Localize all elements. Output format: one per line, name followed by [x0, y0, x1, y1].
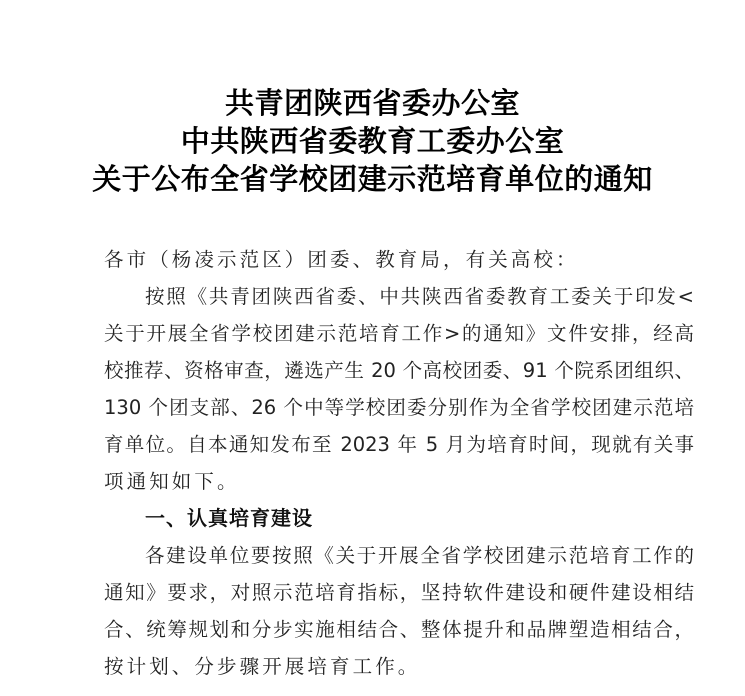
paragraph-line: 通知》要求，对照示范培育指标，坚持软件建设和硬件建设相结: [104, 574, 694, 611]
title-line-issuer-1: 共青团陕西省委办公室: [0, 84, 745, 122]
paragraph-1: 按照《共青团陕西省委、中共陕西省委教育工委关于印发< 关于开展全省学校团建示范培…: [104, 278, 694, 500]
paragraph-line: 按计划、分步骤开展培育工作。: [104, 648, 694, 685]
paragraph-line: 合、统筹规划和分步实施相结合、整体提升和品牌塑造相结合，: [104, 611, 694, 648]
document-page: 共青团陕西省委办公室 中共陕西省委教育工委办公室 关于公布全省学校团建示范培育单…: [0, 0, 745, 696]
paragraph-2: 各建设单位要按照《关于开展全省学校团建示范培育工作的 通知》要求，对照示范培育指…: [104, 537, 694, 685]
paragraph-line: 130 个团支部、26 个中等学校团委分别作为全省学校团建示范培: [104, 389, 694, 426]
title-line-issuer-2: 中共陕西省委教育工委办公室: [0, 122, 745, 160]
paragraph-line: 校推荐、资格审查，遴选产生 20 个高校团委、91 个院系团组织、: [104, 352, 694, 389]
salutation: 各市（杨凌示范区）团委、教育局，有关高校：: [104, 241, 694, 278]
document-body: 各市（杨凌示范区）团委、教育局，有关高校： 按照《共青团陕西省委、中共陕西省委教…: [104, 241, 694, 685]
paragraph-line: 育单位。自本通知发布至 2023 年 5 月为培育时间，现就有关事: [104, 426, 694, 463]
document-title: 共青团陕西省委办公室 中共陕西省委教育工委办公室 关于公布全省学校团建示范培育单…: [0, 84, 745, 198]
paragraph-line: 各建设单位要按照《关于开展全省学校团建示范培育工作的: [104, 537, 694, 574]
paragraph-line: 项通知如下。: [104, 463, 694, 500]
section-heading: 一、认真培育建设: [104, 500, 694, 537]
title-line-subject: 关于公布全省学校团建示范培育单位的通知: [0, 160, 745, 198]
paragraph-line: 关于开展全省学校团建示范培育工作>的通知》文件安排，经高: [104, 315, 694, 352]
paragraph-line: 按照《共青团陕西省委、中共陕西省委教育工委关于印发<: [104, 278, 694, 315]
